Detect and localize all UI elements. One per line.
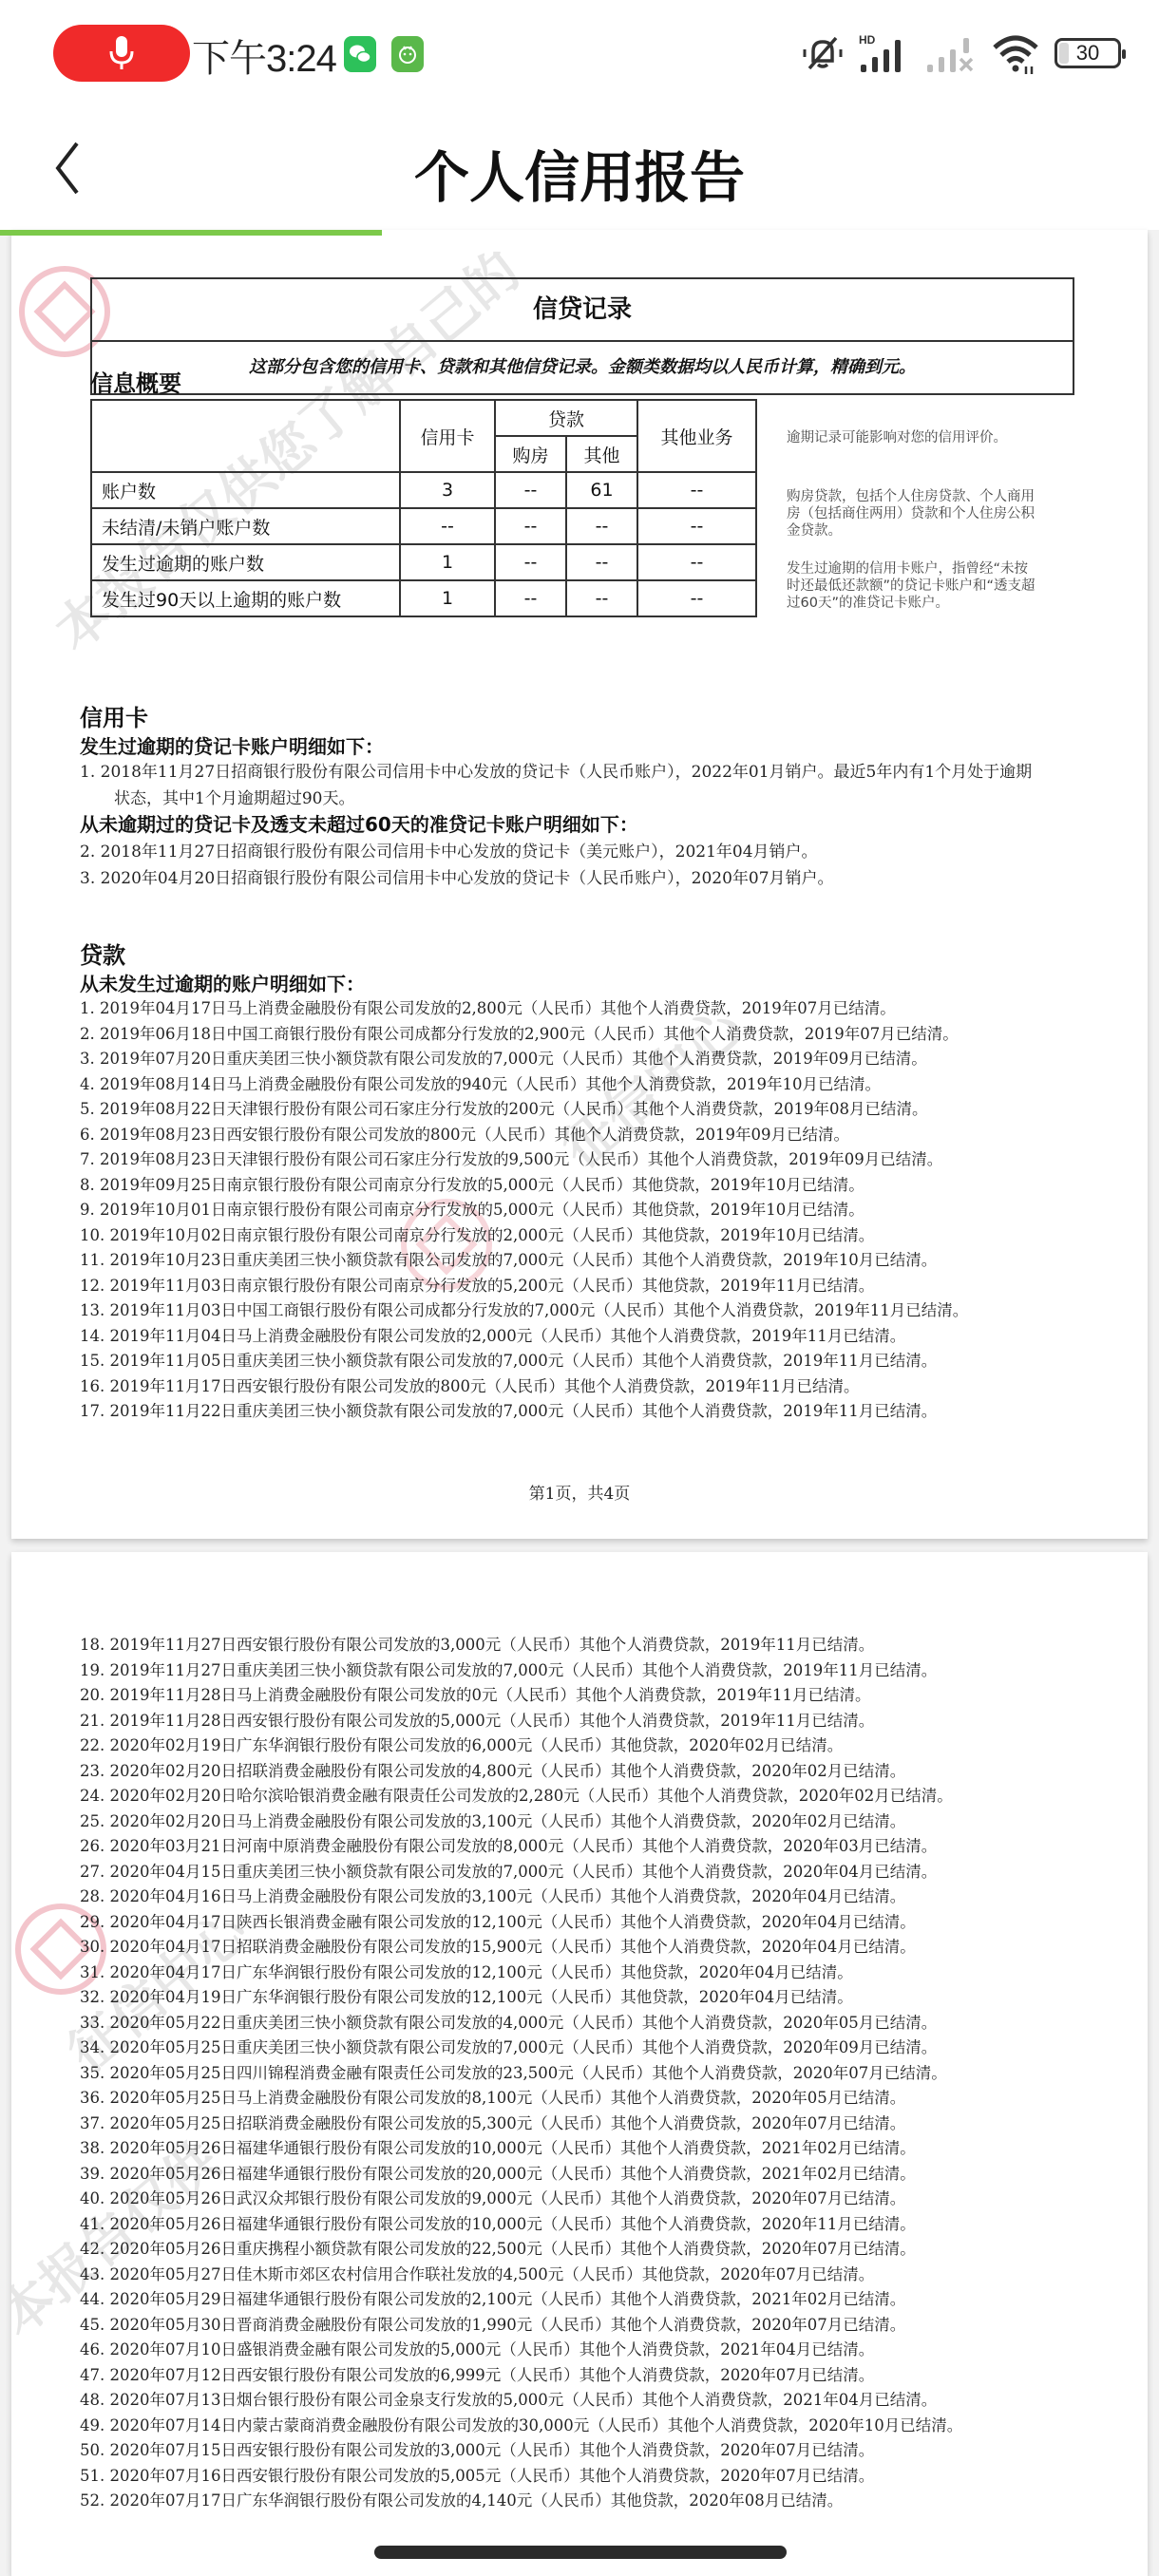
list-item: 48. 2020年07月13日烟台银行股份有限公司金泉支行发放的5,000元（人…: [80, 2387, 962, 2413]
page-title: 个人信用报告: [0, 133, 1159, 213]
report-page-2: 征信中心 本报告仅供 18. 2019年11月27日西安银行股份有限公司发放的3…: [11, 1552, 1148, 2576]
load-progress-bar: [0, 230, 1159, 236]
home-indicator[interactable]: [374, 2546, 787, 2559]
list-item: 24. 2020年02月20日哈尔滨哈银消费金融有限责任公司发放的2,280元（…: [80, 1783, 962, 1809]
table-row: 未结清/未销户账户数 -- -- -- --: [91, 508, 756, 544]
list-item: 3. 2019年07月20日重庆美团三快小额贷款有限公司发放的7,000元（人民…: [80, 1046, 968, 1071]
list-item: 17. 2019年11月22日重庆美团三快小额贷款有限公司发放的7,000元（人…: [80, 1398, 968, 1424]
loan-list-continued: 18. 2019年11月27日西安银行股份有限公司发放的3,000元（人民币）其…: [80, 1632, 962, 2513]
list-item: 6. 2019年08月23日西安银行股份有限公司发放的800元（人民币）其他个人…: [80, 1122, 968, 1147]
loan-list: 1. 2019年04月17日马上消费金融股份有限公司发放的2,800元（人民币）…: [80, 995, 968, 1424]
wifi-icon: [992, 32, 1039, 74]
list-item: 14. 2019年11月04日马上消费金融股份有限公司发放的2,000元（人民币…: [80, 1323, 968, 1349]
page-number: 第1页，共4页: [11, 1480, 1148, 1504]
col-loan-other: 其他: [566, 436, 637, 472]
loan-heading: 从未发生过逾期的账户明细如下：: [80, 969, 365, 996]
list-item: 49. 2020年07月14日内蒙古蒙商消费金融股份有限公司发放的30,000元…: [80, 2413, 962, 2438]
list-item: 42. 2020年05月26日重庆携程小额贷款有限公司发放的22,500元（人民…: [80, 2236, 962, 2262]
table-row: 发生过逾期的账户数 1 -- -- --: [91, 544, 756, 580]
side-note: 逾期记录可能影响对您的信用评价。: [787, 429, 1038, 446]
col-loan-housing: 购房: [495, 436, 566, 472]
list-item: 3. 2020年04月20日招商银行股份有限公司信用卡中心发放的贷记卡（人民币账…: [80, 864, 834, 888]
list-item: 18. 2019年11月27日西安银行股份有限公司发放的3,000元（人民币）其…: [80, 1632, 962, 1657]
list-item: 39. 2020年05月26日福建华通银行股份有限公司发放的20,000元（人民…: [80, 2161, 962, 2187]
list-item: 23. 2020年02月20日招联消费金融股份有限公司发放的4,800元（人民币…: [80, 1758, 962, 1784]
microphone-icon: [107, 34, 136, 72]
side-note: 发生过逾期的信用卡账户，指曾经“未按时还最低还款额”的贷记卡账户和“透支超过60…: [787, 560, 1038, 612]
list-item: 40. 2020年05月26日武汉众邦银行股份有限公司发放的9,000元（人民币…: [80, 2186, 962, 2211]
list-item: 33. 2020年05月22日重庆美团三快小额贷款有限公司发放的4,000元（人…: [80, 2010, 962, 2036]
list-item: 21. 2019年11月28日西安银行股份有限公司发放的5,000元（人民币）其…: [80, 1708, 962, 1733]
list-item: 52. 2020年07月17日广东华润银行股份有限公司发放的4,140元（人民币…: [80, 2488, 962, 2513]
battery-icon: 30: [1054, 38, 1121, 68]
signal-no-service-icon: [925, 32, 977, 74]
list-item: 31. 2020年04月17日广东华润银行股份有限公司发放的12,100元（人民…: [80, 1960, 962, 1985]
normal-heading: 从未逾期过的贷记卡及透支未超过60天的准贷记卡账户明细如下：: [80, 809, 638, 837]
list-item: 30. 2020年04月17日招联消费金融股份有限公司发放的15,900元（人民…: [80, 1934, 962, 1960]
list-item: 1. 2019年04月17日马上消费金融股份有限公司发放的2,800元（人民币）…: [80, 995, 968, 1021]
status-time: 下午3:24: [192, 28, 336, 83]
list-item: 45. 2020年05月30日晋商消费金融股份有限公司发放的1,990元（人民币…: [80, 2312, 962, 2338]
svg-text:HD: HD: [859, 33, 876, 47]
list-item: 34. 2020年05月25日重庆美团三快小额贷款有限公司发放的7,000元（人…: [80, 2035, 962, 2060]
table-row: 账户数 3 -- 61 --: [91, 472, 756, 508]
table-corner: [91, 400, 400, 472]
list-item: 2. 2018年11月27日招商银行股份有限公司信用卡中心发放的贷记卡（美元账户…: [80, 838, 818, 862]
side-note: 购房贷款，包括个人住房贷款、个人商用房（包括商住两用）贷款和个人住房公积金贷款。: [787, 488, 1038, 540]
status-bar: 下午3:24 HD: [0, 0, 1159, 106]
list-item: 41. 2020年05月26日福建华通银行股份有限公司发放的10,000元（人民…: [80, 2211, 962, 2237]
list-item: 50. 2020年07月15日西安银行股份有限公司发放的3,000元（人民币）其…: [80, 2437, 962, 2463]
list-item: 27. 2020年04月15日重庆美团三快小额贷款有限公司发放的7,000元（人…: [80, 1859, 962, 1885]
list-item: 44. 2020年05月29日福建华通银行股份有限公司发放的2,100元（人民币…: [80, 2286, 962, 2312]
progress-fill: [0, 230, 382, 236]
list-item: 12. 2019年11月03日南京银行股份有限公司南京分行发放的5,200元（人…: [80, 1273, 968, 1298]
list-item: 9. 2019年10月01日南京银行股份有限公司南京分行发放的5,000元（人民…: [80, 1197, 968, 1222]
report-page-1: 本报告仅供您了解自己的 征信中心 信贷记录 这部分包含您的信用卡、贷款和其他信贷…: [11, 230, 1148, 1539]
credit-record-box: 信贷记录 这部分包含您的信用卡、贷款和其他信贷记录。金额类数据均以人民币计算，精…: [90, 277, 1074, 395]
recording-indicator[interactable]: [53, 25, 190, 82]
list-item: 38. 2020年05月26日福建华通银行股份有限公司发放的10,000元（人民…: [80, 2135, 962, 2161]
list-item: 1. 2018年11月27日招商银行股份有限公司信用卡中心发放的贷记卡（人民币账…: [80, 758, 1032, 782]
list-item: 28. 2020年04月16日马上消费金融股份有限公司发放的3,100元（人民币…: [80, 1884, 962, 1909]
col-other-business: 其他业务: [637, 400, 756, 472]
list-item: 19. 2019年11月27日重庆美团三快小额贷款有限公司发放的7,000元（人…: [80, 1657, 962, 1683]
list-item: 7. 2019年08月23日天津银行股份有限公司石家庄分行发放的9,500元（人…: [80, 1146, 968, 1172]
table-row: 发生过90天以上逾期的账户数 1 -- -- --: [91, 580, 756, 616]
app-notification-icon: [391, 36, 424, 72]
list-item: 20. 2019年11月28日马上消费金融股份有限公司发放的0元（人民币）其他个…: [80, 1682, 962, 1708]
list-item: 13. 2019年11月03日中国工商银行股份有限公司成都分行发放的7,000元…: [80, 1297, 968, 1323]
list-item: 22. 2020年02月19日广东华润银行股份有限公司发放的6,000元（人民币…: [80, 1733, 962, 1758]
loan-title: 贷款: [80, 937, 125, 970]
list-item: 4. 2019年08月14日马上消费金融股份有限公司发放的940元（人民币）其他…: [80, 1071, 968, 1097]
list-item: 15. 2019年11月05日重庆美团三快小额贷款有限公司发放的7,000元（人…: [80, 1348, 968, 1373]
list-item: 51. 2020年07月16日西安银行股份有限公司发放的5,005元（人民币）其…: [80, 2463, 962, 2489]
list-item: 5. 2019年08月22日天津银行股份有限公司石家庄分行发放的200元（人民币…: [80, 1096, 968, 1122]
list-item: 47. 2020年07月12日西安银行股份有限公司发放的6,999元（人民币）其…: [80, 2362, 962, 2388]
list-item: 2. 2019年06月18日中国工商银行股份有限公司成都分行发放的2,900元（…: [80, 1021, 968, 1047]
box-title: 信贷记录: [92, 279, 1073, 342]
list-item: 16. 2019年11月17日西安银行股份有限公司发放的800元（人民币）其他个…: [80, 1373, 968, 1399]
list-item: 26. 2020年03月21日河南中原消费金融股份有限公司发放的8,000元（人…: [80, 1833, 962, 1859]
list-item: 8. 2019年09月25日南京银行股份有限公司南京分行发放的5,000元（人民…: [80, 1172, 968, 1198]
col-credit-card: 信用卡: [400, 400, 495, 472]
summary-table: 信用卡 贷款 其他业务 购房 其他 账户数 3 -- 61 -- 未结清/未销户…: [90, 399, 757, 617]
signal-hd-icon: HD: [859, 32, 910, 74]
nav-header: 个人信用报告: [0, 106, 1159, 230]
list-item: 29. 2020年04月17日陕西长银消费金融有限公司发放的12,100元（人民…: [80, 1909, 962, 1935]
battery-level: 30: [1076, 41, 1099, 66]
summary-title: 信息概要: [90, 365, 181, 398]
list-item: 10. 2019年10月02日南京银行股份有限公司南京分行发放的2,000元（人…: [80, 1222, 968, 1248]
list-item: 37. 2020年05月25日招联消费金融股份有限公司发放的5,300元（人民币…: [80, 2111, 962, 2136]
wechat-icon: [344, 36, 376, 72]
col-loan: 贷款: [495, 400, 637, 436]
list-item: 46. 2020年07月10日盛银消费金融有限公司发放的5,000元（人民币）其…: [80, 2337, 962, 2362]
list-item: 25. 2020年02月20日马上消费金融股份有限公司发放的3,100元（人民币…: [80, 1809, 962, 1834]
list-item: 35. 2020年05月25日四川锦程消费金融有限责任公司发放的23,500元（…: [80, 2060, 962, 2086]
list-item: 32. 2020年04月19日广东华润银行股份有限公司发放的12,100元（人民…: [80, 1984, 962, 2010]
list-item: 11. 2019年10月23日重庆美团三快小额贷款有限公司发放的7,000元（人…: [80, 1247, 968, 1273]
mute-bell-icon: [802, 32, 844, 74]
overdue-heading: 发生过逾期的贷记卡账户明细如下：: [80, 731, 384, 759]
list-item: 43. 2020年05月27日佳木斯市郊区农村信用合作联社发放的4,500元（人…: [80, 2262, 962, 2287]
list-item: 状态，其中1个月逾期超过90天。: [114, 785, 354, 808]
box-description: 这部分包含您的信用卡、贷款和其他信贷记录。金额类数据均以人民币计算，精确到元。: [92, 342, 1073, 393]
credit-card-title: 信用卡: [80, 699, 148, 732]
list-item: 36. 2020年05月25日马上消费金融股份有限公司发放的8,100元（人民币…: [80, 2085, 962, 2111]
